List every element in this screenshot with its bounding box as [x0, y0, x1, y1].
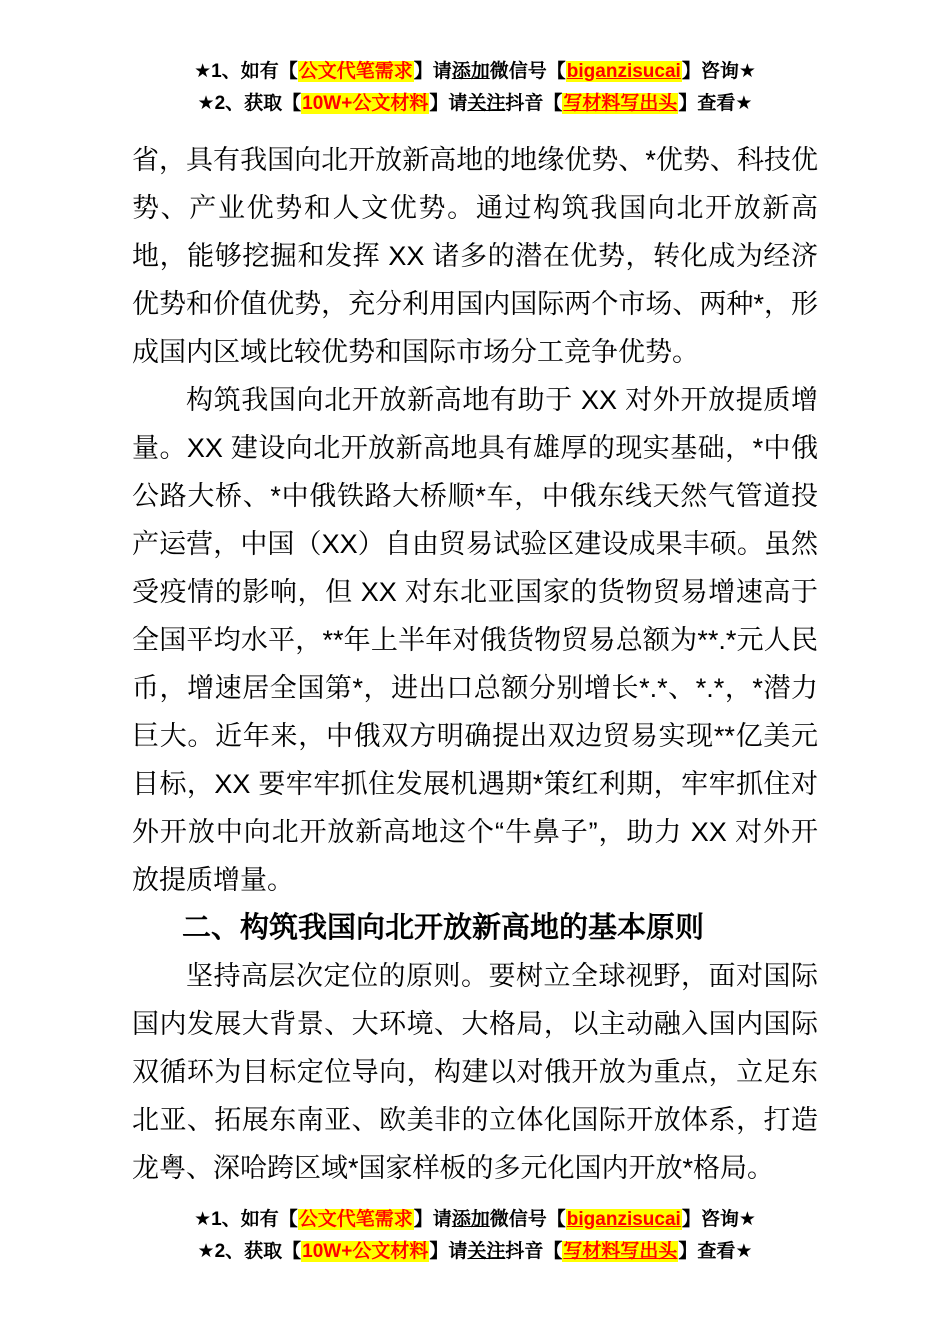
document-page: ★1、如有【公文代笔需求】请添加微信号【biganzisucai】咨询★ ★2、…	[0, 0, 950, 1344]
promo-line-2: ★2、获取【10W+公文材料】请关注抖音【写材料写出头】查看★	[0, 1236, 950, 1268]
promo-line-1: ★1、如有【公文代笔需求】请添加微信号【biganzisucai】咨询★	[0, 1204, 950, 1236]
promo-text-suffix: 】咨询★	[682, 1209, 756, 1230]
section-heading: 二、构筑我国向北开放新高地的基本原则	[132, 904, 818, 952]
promo-text-prefix: ★2、获取【	[198, 1241, 302, 1262]
promo-text-prefix: ★1、如有【	[194, 1209, 298, 1230]
promo-text-suffix: 】查看★	[678, 1241, 752, 1262]
promo-action-add: 添加	[452, 61, 490, 82]
promo-text-suffix: 】咨询★	[682, 61, 756, 82]
promo-line-1: ★1、如有【公文代笔需求】请添加微信号【biganzisucai】咨询★	[0, 56, 950, 88]
promo-text-prefix: ★2、获取【	[198, 93, 302, 114]
promo-highlight-materials: 10W+公文材料	[301, 1241, 429, 1262]
promo-text-mid1: 】请	[429, 93, 467, 114]
document-body: 省，具有我国向北开放新高地的地缘优势、*优势、科技优势、产业优势和人文优势。通过…	[132, 136, 818, 1192]
promo-text-mid2: 微信号【	[490, 1209, 566, 1230]
promo-highlight-service: 公文代笔需求	[298, 1209, 414, 1230]
promo-action-add: 添加	[452, 1209, 490, 1230]
paragraph-body: 构筑我国向北开放新高地有助于 XX 对外开放提质增量。XX 建设向北开放新高地具…	[132, 376, 818, 904]
promo-text-mid1: 】请	[414, 61, 452, 82]
promo-footer: ★1、如有【公文代笔需求】请添加微信号【biganzisucai】咨询★ ★2、…	[0, 1204, 950, 1268]
promo-header: ★1、如有【公文代笔需求】请添加微信号【biganzisucai】咨询★ ★2、…	[0, 0, 950, 120]
promo-text-mid1: 】请	[429, 1241, 467, 1262]
promo-text-mid1: 】请	[414, 1209, 452, 1230]
promo-action-follow: 关注	[467, 1241, 505, 1262]
promo-highlight-materials: 10W+公文材料	[301, 93, 429, 114]
promo-text-mid2: 抖音【	[505, 1241, 562, 1262]
promo-douyin-account: 写材料写出头	[562, 93, 678, 114]
promo-highlight-service: 公文代笔需求	[298, 61, 414, 82]
promo-douyin-account: 写材料写出头	[562, 1241, 678, 1262]
promo-text-mid2: 微信号【	[490, 61, 566, 82]
paragraph-continuation: 省，具有我国向北开放新高地的地缘优势、*优势、科技优势、产业优势和人文优势。通过…	[132, 136, 818, 376]
paragraph-body: 坚持高层次定位的原则。要树立全球视野，面对国际国内发展大背景、大环境、大格局，以…	[132, 952, 818, 1192]
promo-text-prefix: ★1、如有【	[194, 61, 298, 82]
promo-line-2: ★2、获取【10W+公文材料】请关注抖音【写材料写出头】查看★	[0, 88, 950, 120]
promo-wechat-account: biganzisucai	[566, 1209, 682, 1230]
promo-text-suffix: 】查看★	[678, 93, 752, 114]
promo-wechat-account: biganzisucai	[566, 61, 682, 82]
promo-text-mid2: 抖音【	[505, 93, 562, 114]
promo-action-follow: 关注	[467, 93, 505, 114]
